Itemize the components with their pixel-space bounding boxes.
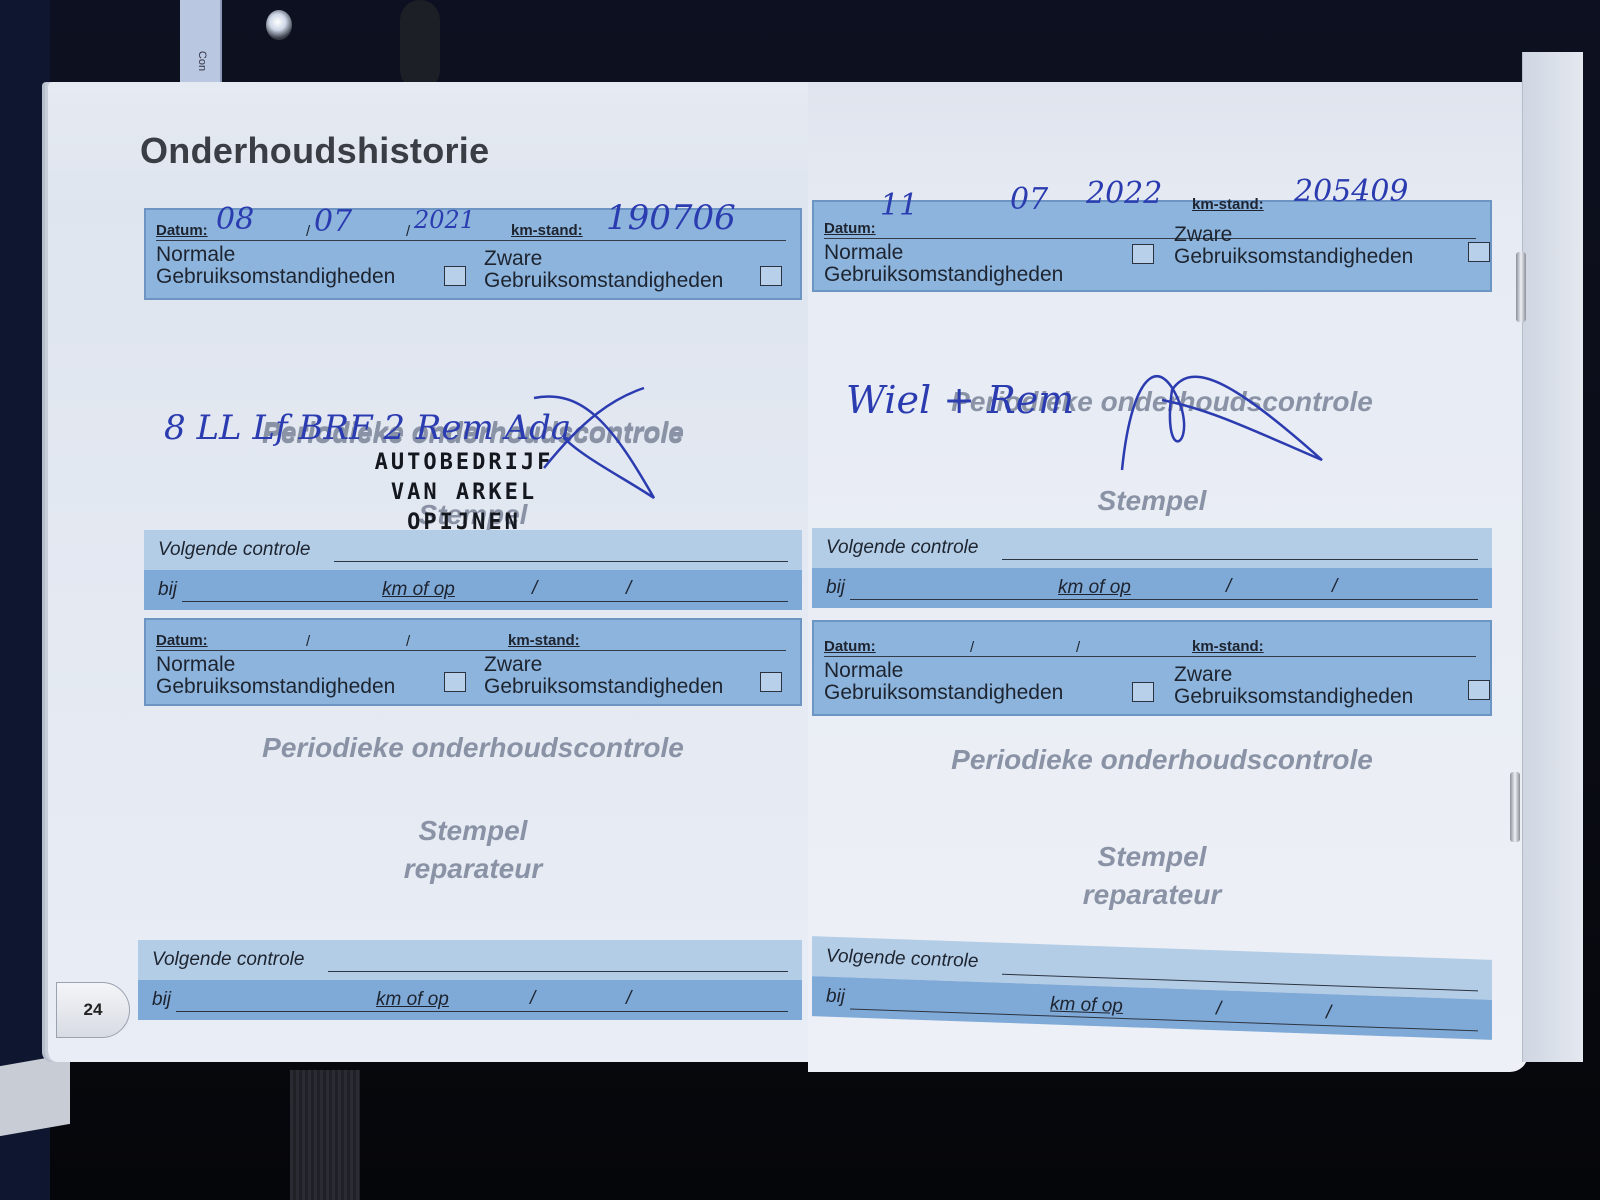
- km-of-op-label: km of op: [382, 579, 455, 601]
- band-slash: /: [626, 578, 631, 600]
- stempel-line1: Stempel: [144, 812, 802, 850]
- next-control-band: Volgende controle bijkm of op//: [138, 940, 802, 1024]
- entry-header: Datum: km-stand: 11 07 2022 205409 Norma…: [812, 200, 1492, 292]
- zware-checkbox[interactable]: [760, 672, 782, 692]
- normale-checkbox[interactable]: [444, 266, 466, 286]
- bij-label: bij: [826, 577, 845, 599]
- volgende-label: Volgende controle: [826, 946, 978, 973]
- bij-line[interactable]: [176, 1011, 788, 1012]
- maintenance-booklet: Onderhoudshistorie 24 Datum: / / km-stan…: [48, 82, 1528, 1062]
- zware-checkbox[interactable]: [1468, 242, 1490, 262]
- bij-label: bij: [158, 579, 177, 601]
- entry-bottom-right: Datum: / / km-stand: NormaleGebruiksomst…: [812, 620, 1492, 960]
- handwritten-month: 07: [314, 204, 352, 239]
- normale-line2: Gebruiksomstandigheden: [156, 676, 395, 698]
- bij-line[interactable]: [850, 599, 1478, 600]
- background-tag: Con: [180, 0, 222, 90]
- bij-label: bij: [152, 989, 171, 1011]
- zware-line1: Zware: [1174, 664, 1413, 686]
- zware-line2: Gebruiksomstandigheden: [484, 270, 723, 292]
- datum-label: Datum:: [156, 632, 208, 649]
- page-title: Onderhoudshistorie: [140, 130, 489, 172]
- bij-label: bij: [826, 986, 845, 1009]
- entry-bottom-left: Datum: / / km-stand: NormaleGebruiksomst…: [144, 618, 802, 948]
- normale-label: NormaleGebruiksomstandigheden: [824, 242, 1063, 286]
- km-stand-label: km-stand:: [1192, 638, 1264, 655]
- normale-line1: Normale: [824, 242, 1063, 264]
- zware-checkbox[interactable]: [760, 266, 782, 286]
- normale-line1: Normale: [156, 654, 395, 676]
- stempel-line2: reparateur: [812, 876, 1492, 914]
- seatbelt: [290, 1070, 360, 1200]
- zware-line2: Gebruiksomstandigheden: [1174, 686, 1413, 708]
- next-control-band: Volgende controle bijkm of op//: [812, 528, 1492, 612]
- zware-checkbox[interactable]: [1468, 680, 1490, 700]
- handwritten-day: 08: [216, 202, 254, 237]
- volgende-line[interactable]: [328, 971, 788, 972]
- band-slash: /: [1326, 1002, 1331, 1024]
- normale-label: NormaleGebruiksomstandigheden: [824, 660, 1063, 704]
- date-slash: /: [1076, 639, 1080, 656]
- date-slash: /: [970, 639, 974, 656]
- date-slash: /: [406, 633, 410, 650]
- volgende-line[interactable]: [334, 561, 788, 562]
- entry-header: Datum: / / km-stand: NormaleGebruiksomst…: [812, 620, 1492, 716]
- handwritten-year: 2022: [1086, 176, 1162, 211]
- metal-bolt: [266, 10, 292, 40]
- stempel-label: Stempelreparateur: [812, 838, 1492, 914]
- car-handle: [400, 0, 440, 90]
- datum-label: Datum:: [824, 638, 876, 655]
- volgende-line[interactable]: [1002, 559, 1478, 560]
- bij-line[interactable]: [182, 601, 788, 602]
- normale-line2: Gebruiksomstandigheden: [824, 682, 1063, 704]
- band-slash: /: [530, 988, 535, 1010]
- zware-label: ZwareGebruiksomstandigheden: [1174, 664, 1413, 708]
- seat-fabric: [0, 0, 50, 1200]
- km-stand-label: km-stand:: [508, 632, 580, 649]
- periodiek-label: Periodieke onderhoudscontrole: [144, 732, 802, 764]
- date-km-row: Datum: / / km-stand:: [824, 632, 1476, 657]
- km-of-op-label: km of op: [376, 989, 449, 1011]
- next-control-band: Volgende controle bijkm of op//: [144, 530, 802, 614]
- normale-label: NormaleGebruiksomstandigheden: [156, 244, 395, 288]
- date-slash: /: [406, 223, 410, 240]
- zware-line1: Zware: [484, 654, 723, 676]
- volgende-label: Volgende controle: [826, 537, 978, 559]
- band-slash: /: [532, 578, 537, 600]
- tag-text: Con: [196, 51, 208, 71]
- datum-label: Datum:: [156, 222, 208, 239]
- handwritten-notes: 8 LL Lf BRF 2 Rem Ada: [164, 408, 571, 448]
- handwritten-year: 2021: [414, 206, 475, 234]
- stempel-line2: reparateur: [144, 850, 802, 888]
- band-slash: /: [626, 988, 631, 1010]
- band-slash: /: [1226, 576, 1231, 598]
- normale-line2: Gebruiksomstandigheden: [156, 266, 395, 288]
- handwritten-month: 07: [1010, 182, 1048, 217]
- entry-header: Datum: / / km-stand: 08 07 2021 190706 N…: [144, 208, 802, 300]
- handwritten-day: 11: [880, 188, 918, 223]
- normale-label: NormaleGebruiksomstandigheden: [156, 654, 395, 698]
- zware-label: ZwareGebruiksomstandigheden: [484, 248, 723, 292]
- zware-label: ZwareGebruiksomstandigheden: [484, 654, 723, 698]
- normale-checkbox[interactable]: [444, 672, 466, 692]
- signature-scribble: [1102, 350, 1332, 490]
- volgende-label: Volgende controle: [158, 539, 310, 561]
- paper-scrap: [0, 1054, 70, 1136]
- km-stand-label: km-stand:: [511, 222, 583, 239]
- zware-line2: Gebruiksomstandigheden: [1174, 246, 1413, 268]
- stempel-line1: Stempel: [812, 838, 1492, 876]
- next-page-edge: [1522, 52, 1583, 1062]
- normale-checkbox[interactable]: [1132, 682, 1154, 702]
- bij-line[interactable]: [850, 1008, 1478, 1031]
- normale-line1: Normale: [824, 660, 1063, 682]
- entry-header: Datum: / / km-stand: NormaleGebruiksomst…: [144, 618, 802, 706]
- zware-line1: Zware: [1174, 224, 1413, 246]
- signature-scribble: [524, 378, 664, 518]
- volgende-label: Volgende controle: [152, 949, 304, 971]
- date-slash: /: [306, 223, 310, 240]
- zware-line1: Zware: [484, 248, 723, 270]
- staple-icon: [1510, 772, 1520, 842]
- datum-label: Datum:: [824, 220, 876, 237]
- page-number-tab: 24: [56, 982, 130, 1038]
- zware-label: ZwareGebruiksomstandigheden: [1174, 224, 1413, 268]
- periodiek-label: Periodieke onderhoudscontrole: [832, 744, 1492, 776]
- normale-line2: Gebruiksomstandigheden: [824, 264, 1063, 286]
- staple-icon: [1516, 252, 1526, 322]
- zware-line2: Gebruiksomstandigheden: [484, 676, 723, 698]
- handwritten-km: 205409: [1294, 174, 1409, 209]
- km-of-op-label: km of op: [1058, 577, 1131, 599]
- km-of-op-label: km of op: [1050, 993, 1123, 1018]
- handwritten-notes: Wiel + Rem: [846, 378, 1074, 422]
- handwritten-km: 190706: [606, 198, 736, 238]
- normale-line1: Normale: [156, 244, 395, 266]
- band-slash: /: [1216, 998, 1221, 1020]
- normale-checkbox[interactable]: [1132, 244, 1154, 264]
- date-km-row: Datum: / / km-stand:: [156, 626, 786, 651]
- date-slash: /: [306, 633, 310, 650]
- stempel-label: Stempelreparateur: [144, 812, 802, 888]
- band-slash: /: [1332, 576, 1337, 598]
